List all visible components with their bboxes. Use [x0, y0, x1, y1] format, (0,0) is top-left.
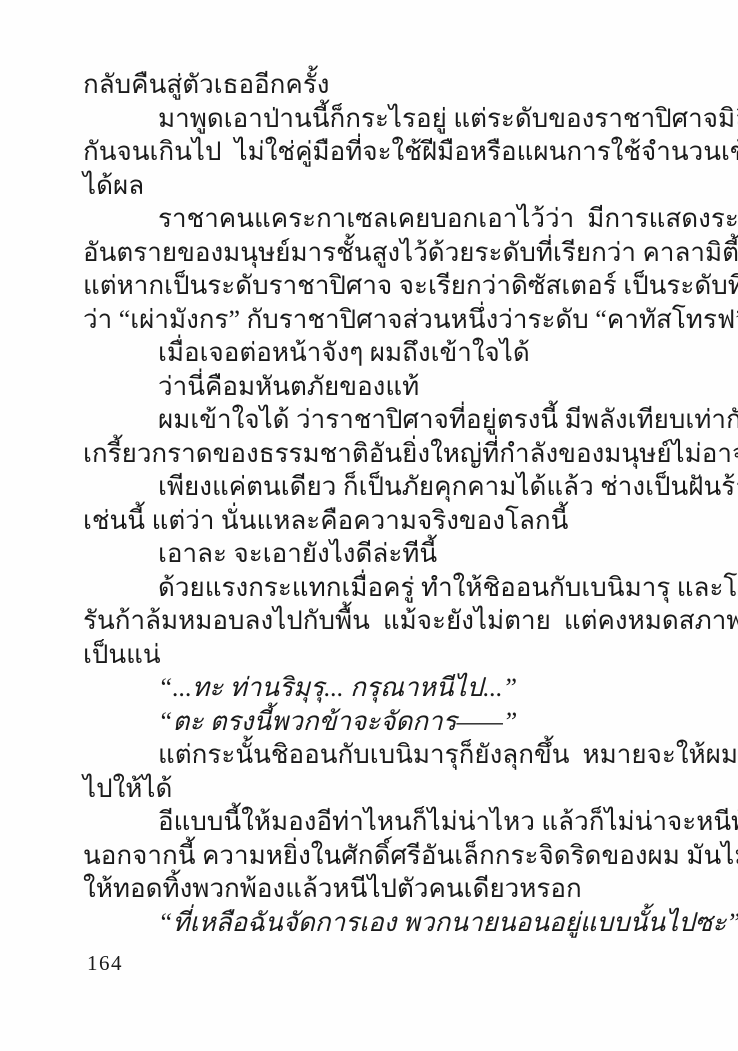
text-line: ไปให้ได้ — [83, 772, 657, 806]
text-line: แต่กระนั้นชิออนกับเบนิมารุก็ยังลุกขึ้น ห… — [83, 738, 657, 772]
text-block: กลับคืนสู่ตัวเธออีกครั้งมาพูดเอาป่านนี้ก… — [83, 68, 657, 939]
text-line: ราชาคนแคระกาเซลเคยบอกเอาไว้ว่า มีการแสดง… — [83, 202, 657, 236]
text-line: เช่นนี้ แต่ว่า นั่นแหละคือความจริงของโลก… — [83, 504, 657, 538]
text-line: อีแบบนี้ให้มองอีท่าไหนก็ไม่น่าไหว แล้วก็… — [83, 805, 657, 839]
dialogue-line: “ตะ ตรงนี้พวกข้าจะจัดการ——” — [83, 705, 657, 739]
text-line: นอกจากนี้ ความหยิ่งในศักดิ์ศรีอันเล็กกระ… — [83, 839, 657, 873]
book-page: กลับคืนสู่ตัวเธออีกครั้งมาพูดเอาป่านนี้ก… — [0, 0, 738, 1051]
text-line: มาพูดเอาป่านนี้ก็กระไรอยู่ แต่ระดับของรา… — [83, 102, 657, 136]
text-line: ให้ทอดทิ้งพวกพ้องแล้วหนีไปตัวคนเดียวหรอก — [83, 872, 657, 906]
text-line: ว่า “เผ่ามังกร” กับราชาปิศาจส่วนหนึ่งว่า… — [83, 303, 657, 337]
text-line: ด้วยแรงกระแทกเมื่อครู่ ทำให้ชิออนกับเบนิ… — [83, 571, 657, 605]
text-line: เอาละ จะเอายังไงดีล่ะทีนี้ — [83, 537, 657, 571]
dialogue-line: “...ทะ ท่านริมุรุ... กรุณาหนีไป...” — [83, 671, 657, 705]
text-line: กลับคืนสู่ตัวเธออีกครั้ง — [83, 68, 657, 102]
dialogue-line: “ที่เหลือฉันจัดการเอง พวกนายนอนอยู่แบบนั… — [83, 906, 657, 940]
text-line: เป็นแน่ — [83, 638, 657, 672]
text-line: ว่านี่คือมหันตภัยของแท้ — [83, 370, 657, 404]
text-line: แต่หากเป็นระดับราชาปิศาจ จะเรียกว่าดิซัส… — [83, 269, 657, 303]
text-line: ผมเข้าใจได้ ว่าราชาปิศาจที่อยู่ตรงนี้ มี… — [83, 403, 657, 437]
text-line: เพียงแค่ตนเดียว ก็เป็นภัยคุกคามได้แล้ว ช… — [83, 470, 657, 504]
text-line: ได้ผล — [83, 169, 657, 203]
text-line: กันจนเกินไป ไม่ใช่คู่มือที่จะใช้ฝีมือหรื… — [83, 135, 657, 169]
page-number: 164 — [87, 951, 123, 976]
text-line: อันตรายของมนุษย์มารชั้นสูงไว้ด้วยระดับที… — [83, 236, 657, 270]
text-line: รันก้าล้มหมอบลงไปกับพื้น แม้จะยังไม่ตาย … — [83, 604, 657, 638]
text-line: เกรี้ยวกราดของธรรมชาติอันยิ่งใหญ่ที่กำลั… — [83, 437, 657, 471]
text-line: เมื่อเจอต่อหน้าจังๆ ผมถึงเข้าใจได้ — [83, 336, 657, 370]
